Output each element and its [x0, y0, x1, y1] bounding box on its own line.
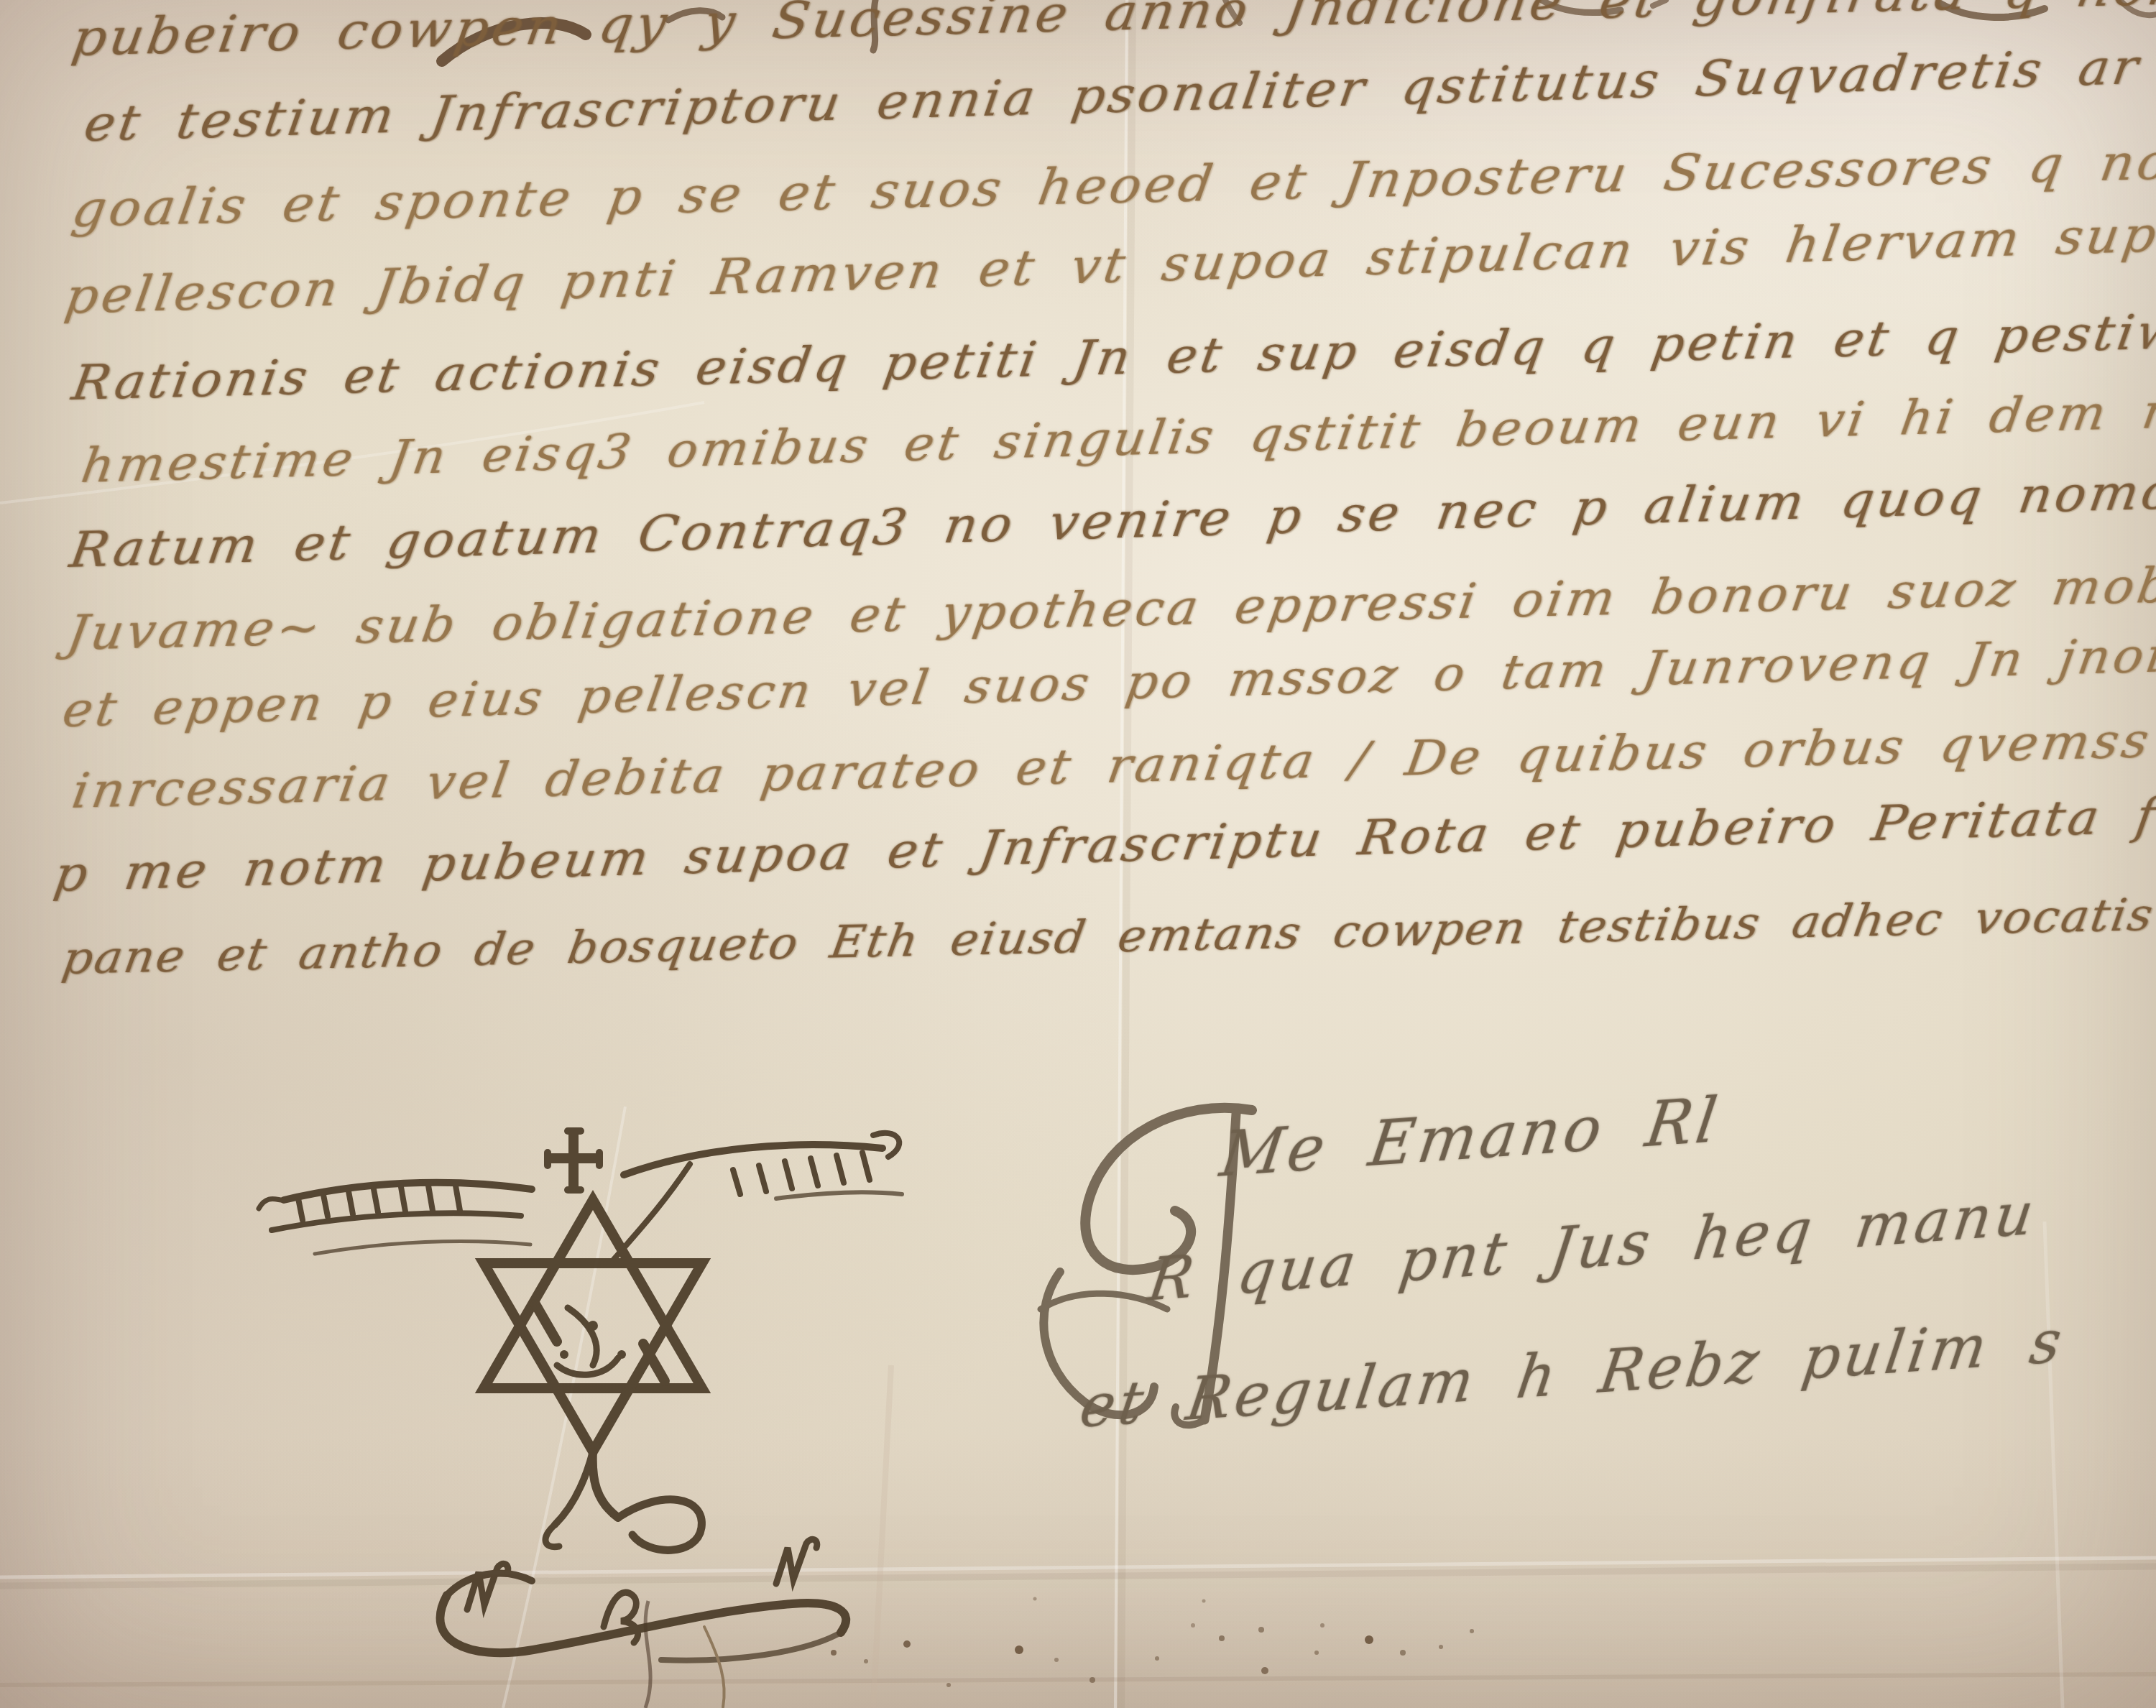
left-tally-flourish: [259, 1183, 532, 1254]
tail-stroke: [704, 1627, 724, 1707]
base-loop-flourish: [441, 1539, 847, 1660]
manuscript-photo: pubeiro cowpen qy y Sucessine anno Jndic…: [0, 0, 2156, 1708]
star-knot: [484, 1200, 702, 1451]
stem-flourish: [545, 1451, 701, 1550]
foxing-speckles: [831, 1597, 1474, 1688]
right-tally-flourish: [612, 1133, 902, 1261]
cross-icon: [548, 1131, 599, 1190]
notarial-sign: [230, 1107, 920, 1708]
